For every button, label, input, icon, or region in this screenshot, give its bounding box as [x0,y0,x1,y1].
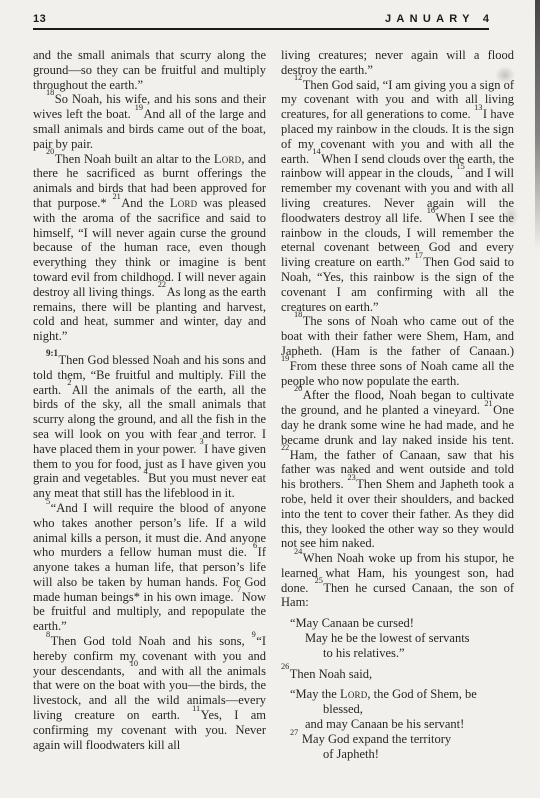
verse-paragraph: 5“And I will require the blood of anyone… [33,501,266,634]
verse-paragraph: living creatures; never again will a flo… [281,48,514,78]
verse-number: 14 [312,147,320,156]
poetry-line: and may Canaan be his servant! [281,717,514,732]
poetry-line: to his relatives.” [281,646,514,661]
poetry-line: blessed, [281,702,514,717]
verse-number: 23 [348,473,356,482]
verse-number: 11 [192,704,200,713]
poetry-block: “May Canaan be cursed!May he be the lowe… [281,616,514,660]
verse-number: 9 [252,630,256,639]
verse-paragraph: 18The sons of Noah who came out of the b… [281,314,514,388]
verse-number: 24 [294,547,302,556]
page-edge-shadow [535,0,540,250]
verse-paragraph: and the small animals that scurry along … [33,48,266,92]
verse-number: 25 [315,576,323,585]
verse-paragraph: 26Then Noah said, [281,667,514,682]
divine-name: Lord [170,196,197,210]
poetry-block: “May the Lord, the God of Shem, beblesse… [281,687,514,761]
verse-paragraph: 24When Noah woke up from his stupor, he … [281,551,514,610]
right-column: living creatures; never again will a flo… [281,48,514,767]
verse-paragraph: 20Then Noah built an altar to the Lord, … [33,152,266,344]
verse-number: 12 [294,73,302,82]
verse-number: 18 [294,310,302,319]
verse-paragraph: 20After the flood, Noah began to cultiva… [281,388,514,551]
chapter-verse-number: 9:1 [46,348,58,358]
verse-number: 5 [46,497,50,506]
divine-name: Lord [214,152,241,166]
verse-number: 27 [290,728,298,737]
verse-paragraph: 9:1Then God blessed Noah and his sons an… [33,353,266,501]
verse-number: 10 [130,659,138,668]
verse-paragraph: 18So Noah, his wife, and his sons and th… [33,92,266,151]
verse-number: 6 [253,541,257,550]
verse-number: 26 [281,662,289,671]
page-number: 13 [33,13,46,25]
left-column: and the small animals that scurry along … [33,48,266,767]
verse-paragraph: 8Then God told Noah and his sons, 9“I he… [33,634,266,752]
verse-number: 21 [484,399,492,408]
verse-number: 15 [457,162,465,171]
verse-number: 7 [237,585,241,594]
verse-number: 18 [46,88,54,97]
running-header: 13 JANUARY 4 [33,13,489,30]
date-header: JANUARY 4 [385,13,494,25]
divine-name: Lord [340,687,367,701]
verse-number: 13 [474,103,482,112]
poetry-line: of Japheth! [281,747,514,762]
verse-number: 3 [199,437,203,446]
verse-number: 22 [281,443,289,452]
verse-number: 19 [135,103,143,112]
verse-number: 22 [158,280,166,289]
poetry-line: “May the Lord, the God of Shem, be [281,687,514,702]
poetry-line: 27 May God expand the territory [281,732,514,747]
verse-number: 19 [281,354,289,363]
bible-page: 13 JANUARY 4 and the small animals that … [0,0,540,798]
verse-number: 16 [427,206,435,215]
verse-number: 4 [143,467,147,476]
verse-number: 21 [112,192,120,201]
verse-number: 20 [294,384,302,393]
poetry-line: “May Canaan be cursed! [281,616,514,631]
verse-number: 8 [46,630,50,639]
verse-number: 17 [415,251,423,260]
scripture-text-block: and the small animals that scurry along … [33,48,514,767]
verse-number: 20 [46,147,54,156]
verse-number: 2 [67,378,71,387]
poetry-line: May he be the lowest of servants [281,631,514,646]
verse-paragraph: 12Then God said, “I am giving you a sign… [281,78,514,315]
